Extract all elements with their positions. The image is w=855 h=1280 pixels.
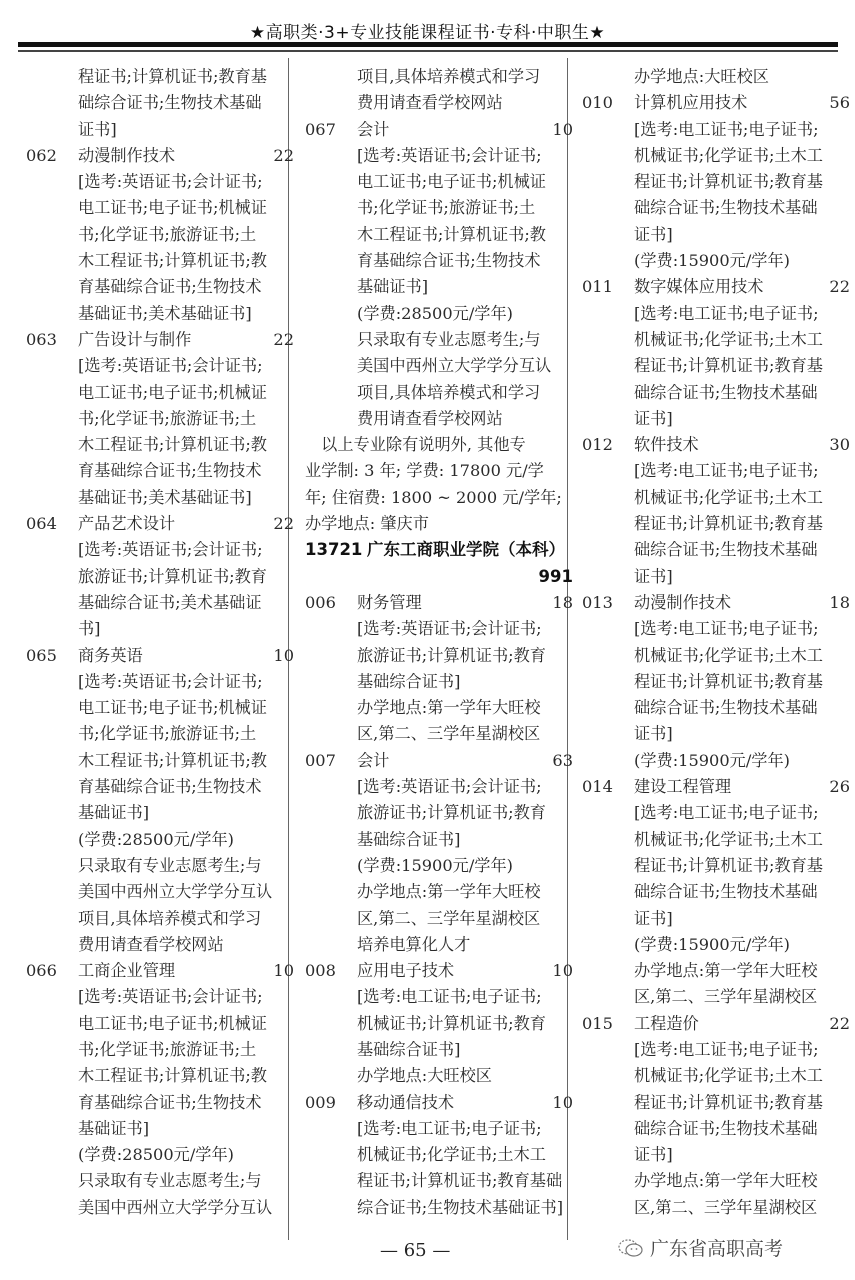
- major-quota: 22: [829, 1011, 852, 1037]
- continued-text: 办学地点:大旺校区: [582, 64, 852, 90]
- major-header: 013动漫制作技术18: [582, 590, 852, 616]
- major-header: 066工商企业管理10: [26, 958, 296, 984]
- wechat-icon: [618, 1238, 644, 1258]
- major-code: 062: [26, 143, 78, 169]
- note-line: 年; 住宿费: 1800 ~ 2000 元/学年;: [305, 485, 575, 511]
- major-detail-line: 区,第二、三学年星湖校区: [305, 906, 575, 932]
- major-name: 会计: [357, 748, 552, 774]
- major-code: 063: [26, 327, 78, 353]
- major-header: 010计算机应用技术56: [582, 90, 852, 116]
- major-detail-line: 育基础综合证书;生物技术: [26, 458, 296, 484]
- major-detail-line: 育基础综合证书;生物技术: [26, 1090, 296, 1116]
- continued-text: 项目,具体培养模式和学习费用请查看学校网站: [305, 64, 575, 117]
- major-header: 064产品艺术设计22: [26, 511, 296, 537]
- major-header: 007会计63: [305, 748, 575, 774]
- major-detail-line: 育基础综合证书;生物技术: [26, 274, 296, 300]
- major-detail-line: 旅游证书;计算机证书;教育: [305, 643, 575, 669]
- major-detail-line: 办学地点:第一学年大旺校: [582, 958, 852, 984]
- major-entry: 067会计10[选考:英语证书;会计证书;电工证书;电子证书;机械证书;化学证书…: [305, 117, 575, 433]
- major-detail-line: 基础综合证书;美术基础证: [26, 590, 296, 616]
- major-detail-line: 础综合证书;生物技术基础: [582, 380, 852, 406]
- major-detail-line: 木工程证书;计算机证书;教: [26, 432, 296, 458]
- major-quota: 22: [273, 327, 296, 353]
- major-name: 移动通信技术: [357, 1090, 552, 1116]
- major-entry: 062动漫制作技术22[选考:英语证书;会计证书;电工证书;电子证书;机械证书;…: [26, 143, 296, 327]
- major-detail-line: 费用请查看学校网站: [26, 932, 296, 958]
- major-detail-line: 机械证书;化学证书;土木工: [582, 143, 852, 169]
- major-detail-line: 费用请查看学校网站: [305, 406, 575, 432]
- major-detail-line: 程证书;计算机证书;教育基: [582, 511, 852, 537]
- major-detail-line: 书]: [26, 616, 296, 642]
- major-detail-line: (学费:28500元/学年): [26, 827, 296, 853]
- major-quota: 56: [829, 90, 852, 116]
- major-header: 014建设工程管理26: [582, 774, 852, 800]
- major-header: 065商务英语10: [26, 643, 296, 669]
- major-detail-line: 办学地点:大旺校区: [305, 1063, 575, 1089]
- major-code: 006: [305, 590, 357, 616]
- note-line: 以上专业除有说明外, 其他专: [305, 432, 575, 458]
- major-detail-line: [选考:英语证书;会计证书;: [26, 537, 296, 563]
- major-detail-line: 项目,具体培养模式和学习: [305, 380, 575, 406]
- major-detail-line: 机械证书;化学证书;土木工: [305, 1142, 575, 1168]
- major-detail-line: 基础证书]: [26, 800, 296, 826]
- major-detail-line: 机械证书;化学证书;土木工: [582, 643, 852, 669]
- major-entry: 010计算机应用技术56[选考:电工证书;电子证书;机械证书;化学证书;土木工程…: [582, 90, 852, 274]
- major-quota: 10: [273, 958, 296, 984]
- major-detail-line: 机械证书;计算机证书;教育: [305, 1011, 575, 1037]
- major-detail-line: 美国中西州立大学学分互认: [305, 353, 575, 379]
- major-detail-line: (学费:28500元/学年): [26, 1142, 296, 1168]
- major-detail-line: 电工证书;电子证书;机械证: [26, 380, 296, 406]
- major-header: 009移动通信技术10: [305, 1090, 575, 1116]
- major-detail-line: 区,第二、三学年星湖校区: [305, 721, 575, 747]
- major-detail-line: 程证书;计算机证书;教育基: [582, 853, 852, 879]
- major-detail-line: 书;化学证书;旅游证书;土: [305, 195, 575, 221]
- major-quota: 10: [552, 1090, 575, 1116]
- major-detail-line: 只录取有专业志愿考生;与: [26, 1168, 296, 1194]
- major-detail-line: 机械证书;化学证书;土木工: [582, 827, 852, 853]
- major-detail-line: 基础综合证书]: [305, 1037, 575, 1063]
- major-entry: 014建设工程管理26[选考:电工证书;电子证书;机械证书;化学证书;土木工程证…: [582, 774, 852, 1011]
- continued-line: 程证书;计算机证书;教育基: [26, 64, 296, 90]
- major-detail-line: 证书]: [582, 906, 852, 932]
- major-detail-line: (学费:15900元/学年): [305, 853, 575, 879]
- major-code: 013: [582, 590, 634, 616]
- continued-line: 础综合证书;生物技术基础: [26, 90, 296, 116]
- major-detail-line: 美国中西州立大学学分互认: [26, 879, 296, 905]
- major-detail-line: 程证书;计算机证书;教育基: [582, 353, 852, 379]
- major-detail-line: 机械证书;化学证书;土木工: [582, 327, 852, 353]
- continued-line: 费用请查看学校网站: [305, 90, 575, 116]
- college-code: 13721: [305, 537, 367, 563]
- major-detail-line: [选考:英语证书;会计证书;: [26, 353, 296, 379]
- major-detail-line: 木工程证书;计算机证书;教: [26, 1063, 296, 1089]
- major-code: 011: [582, 274, 634, 300]
- college-name: 广东工商职业学院（本科）: [367, 537, 565, 563]
- major-quota: 26: [829, 774, 852, 800]
- major-detail-line: 美国中西州立大学学分互认: [26, 1195, 296, 1221]
- major-quota: 10: [552, 117, 575, 143]
- column-1: 程证书;计算机证书;教育基础综合证书;生物技术基础证书]062动漫制作技术22[…: [26, 64, 296, 1221]
- column-3: 办学地点:大旺校区010计算机应用技术56[选考:电工证书;电子证书;机械证书;…: [582, 64, 852, 1221]
- header-thick-rule: [18, 42, 838, 47]
- major-detail-line: 办学地点:第一学年大旺校: [305, 879, 575, 905]
- major-detail-line: [选考:英语证书;会计证书;: [26, 169, 296, 195]
- major-name: 建设工程管理: [634, 774, 829, 800]
- major-entry: 063广告设计与制作22[选考:英语证书;会计证书;电工证书;电子证书;机械证书…: [26, 327, 296, 511]
- major-detail-line: (学费:15900元/学年): [582, 748, 852, 774]
- college-entry: 13721广东工商职业学院（本科）991: [305, 537, 575, 590]
- major-detail-line: 础综合证书;生物技术基础: [582, 1116, 852, 1142]
- major-header: 062动漫制作技术22: [26, 143, 296, 169]
- major-detail-line: 证书]: [582, 721, 852, 747]
- continued-line: 办学地点:大旺校区: [582, 64, 852, 90]
- major-detail-line: [选考:英语证书;会计证书;: [26, 984, 296, 1010]
- major-code: 010: [582, 90, 634, 116]
- college-total-quota: 991: [305, 564, 575, 590]
- major-quota: 18: [552, 590, 575, 616]
- major-detail-line: [选考:电工证书;电子证书;: [305, 984, 575, 1010]
- major-detail-line: 只录取有专业志愿考生;与: [26, 853, 296, 879]
- major-detail-line: 只录取有专业志愿考生;与: [305, 327, 575, 353]
- major-detail-line: 基础综合证书]: [305, 669, 575, 695]
- major-detail-line: [选考:电工证书;电子证书;: [305, 1116, 575, 1142]
- major-header: 063广告设计与制作22: [26, 327, 296, 353]
- major-detail-line: [选考:电工证书;电子证书;: [582, 301, 852, 327]
- major-detail-line: 电工证书;电子证书;机械证: [305, 169, 575, 195]
- major-detail-line: 程证书;计算机证书;教育基: [582, 169, 852, 195]
- major-detail-line: 证书]: [582, 1142, 852, 1168]
- major-code: 009: [305, 1090, 357, 1116]
- major-quota: 10: [273, 643, 296, 669]
- major-entry: 006财务管理18[选考:英语证书;会计证书;旅游证书;计算机证书;教育基础综合…: [305, 590, 575, 748]
- major-detail-line: 项目,具体培养模式和学习: [26, 906, 296, 932]
- major-name: 应用电子技术: [357, 958, 552, 984]
- major-entry: 064产品艺术设计22[选考:英语证书;会计证书;旅游证书;计算机证书;教育基础…: [26, 511, 296, 642]
- major-code: 067: [305, 117, 357, 143]
- major-detail-line: [选考:英语证书;会计证书;: [26, 669, 296, 695]
- major-detail-line: (学费:28500元/学年): [305, 301, 575, 327]
- header-thin-rule: [18, 50, 838, 52]
- major-detail-line: 书;化学证书;旅游证书;土: [26, 1037, 296, 1063]
- major-name: 动漫制作技术: [78, 143, 273, 169]
- continued-line: 项目,具体培养模式和学习: [305, 64, 575, 90]
- major-detail-line: [选考:英语证书;会计证书;: [305, 774, 575, 800]
- major-detail-line: 础综合证书;生物技术基础: [582, 695, 852, 721]
- major-detail-line: 程证书;计算机证书;教育基础: [305, 1168, 575, 1194]
- major-code: 015: [582, 1011, 634, 1037]
- major-code: 066: [26, 958, 78, 984]
- major-detail-line: 旅游证书;计算机证书;教育: [26, 564, 296, 590]
- major-code: 007: [305, 748, 357, 774]
- major-code: 064: [26, 511, 78, 537]
- page-header-title: ★高职类·3+专业技能课程证书·专科·中职生★: [0, 18, 855, 43]
- major-detail-line: 证书]: [582, 222, 852, 248]
- major-detail-line: 程证书;计算机证书;教育基: [582, 1090, 852, 1116]
- major-code: 012: [582, 432, 634, 458]
- note-line: 办学地点: 肇庆市: [305, 511, 575, 537]
- major-detail-line: 机械证书;化学证书;土木工: [582, 1063, 852, 1089]
- major-detail-line: 旅游证书;计算机证书;教育: [305, 800, 575, 826]
- major-detail-line: 书;化学证书;旅游证书;土: [26, 222, 296, 248]
- major-detail-line: 区,第二、三学年星湖校区: [582, 984, 852, 1010]
- major-name: 动漫制作技术: [634, 590, 829, 616]
- major-quota: 22: [829, 274, 852, 300]
- major-header: 015工程造价22: [582, 1011, 852, 1037]
- major-detail-line: 区,第二、三学年星湖校区: [582, 1195, 852, 1221]
- major-detail-line: 基础证书;美术基础证书]: [26, 485, 296, 511]
- major-detail-line: 木工程证书;计算机证书;教: [305, 222, 575, 248]
- major-code: 008: [305, 958, 357, 984]
- major-entry: 066工商企业管理10[选考:英语证书;会计证书;电工证书;电子证书;机械证书;…: [26, 958, 296, 1221]
- watermark: 广东省高职高考: [618, 1234, 783, 1261]
- major-detail-line: 础综合证书;生物技术基础: [582, 879, 852, 905]
- major-detail-line: 基础证书;美术基础证书]: [26, 301, 296, 327]
- major-detail-line: 机械证书;化学证书;土木工: [582, 485, 852, 511]
- major-quota: 22: [273, 511, 296, 537]
- major-detail-line: (学费:15900元/学年): [582, 932, 852, 958]
- major-entry: 011数字媒体应用技术22[选考:电工证书;电子证书;机械证书;化学证书;土木工…: [582, 274, 852, 432]
- major-name: 工商企业管理: [78, 958, 273, 984]
- major-detail-line: [选考:电工证书;电子证书;: [582, 616, 852, 642]
- page-number: — 65 —: [380, 1240, 450, 1261]
- major-detail-line: [选考:电工证书;电子证书;: [582, 1037, 852, 1063]
- major-detail-line: 基础证书]: [305, 274, 575, 300]
- major-detail-line: 证书]: [582, 406, 852, 432]
- major-header: 011数字媒体应用技术22: [582, 274, 852, 300]
- major-detail-line: 书;化学证书;旅游证书;土: [26, 721, 296, 747]
- major-detail-line: 木工程证书;计算机证书;教: [26, 748, 296, 774]
- major-detail-line: 电工证书;电子证书;机械证: [26, 1011, 296, 1037]
- major-detail-line: 证书]: [582, 564, 852, 590]
- major-name: 软件技术: [634, 432, 829, 458]
- major-detail-line: 育基础综合证书;生物技术: [305, 248, 575, 274]
- major-entry: 007会计63[选考:英语证书;会计证书;旅游证书;计算机证书;教育基础综合证书…: [305, 748, 575, 958]
- major-detail-line: [选考:电工证书;电子证书;: [582, 458, 852, 484]
- major-entry: 012软件技术30[选考:电工证书;电子证书;机械证书;化学证书;土木工程证书;…: [582, 432, 852, 590]
- major-detail-line: 办学地点:第一学年大旺校: [305, 695, 575, 721]
- major-name: 数字媒体应用技术: [634, 274, 829, 300]
- major-header: 006财务管理18: [305, 590, 575, 616]
- major-quota: 18: [829, 590, 852, 616]
- continued-text: 程证书;计算机证书;教育基础综合证书;生物技术基础证书]: [26, 64, 296, 143]
- major-detail-line: 办学地点:第一学年大旺校: [582, 1168, 852, 1194]
- continued-line: 证书]: [26, 117, 296, 143]
- major-quota: 10: [552, 958, 575, 984]
- college-header: 13721广东工商职业学院（本科）: [305, 537, 575, 563]
- major-entry: 008应用电子技术10[选考:电工证书;电子证书;机械证书;计算机证书;教育基础…: [305, 958, 575, 1089]
- major-quota: 30: [829, 432, 852, 458]
- major-entry: 009移动通信技术10[选考:电工证书;电子证书;机械证书;化学证书;土木工程证…: [305, 1090, 575, 1221]
- major-detail-line: [选考:英语证书;会计证书;: [305, 143, 575, 169]
- major-detail-line: 木工程证书;计算机证书;教: [26, 248, 296, 274]
- major-quota: 22: [273, 143, 296, 169]
- major-header: 067会计10: [305, 117, 575, 143]
- major-detail-line: [选考:电工证书;电子证书;: [582, 800, 852, 826]
- major-detail-line: 程证书;计算机证书;教育基: [582, 669, 852, 695]
- major-code: 065: [26, 643, 78, 669]
- major-detail-line: (学费:15900元/学年): [582, 248, 852, 274]
- major-name: 工程造价: [634, 1011, 829, 1037]
- major-detail-line: 育基础综合证书;生物技术: [26, 774, 296, 800]
- major-entry: 015工程造价22[选考:电工证书;电子证书;机械证书;化学证书;土木工程证书;…: [582, 1011, 852, 1221]
- major-detail-line: 基础综合证书]: [305, 827, 575, 853]
- major-name: 广告设计与制作: [78, 327, 273, 353]
- major-name: 商务英语: [78, 643, 273, 669]
- column-2: 项目,具体培养模式和学习费用请查看学校网站067会计10[选考:英语证书;会计证…: [305, 64, 575, 1221]
- major-detail-line: 书;化学证书;旅游证书;土: [26, 406, 296, 432]
- major-code: 014: [582, 774, 634, 800]
- major-name: 计算机应用技术: [634, 90, 829, 116]
- watermark-text: 广东省高职高考: [650, 1234, 783, 1261]
- major-detail-line: 电工证书;电子证书;机械证: [26, 695, 296, 721]
- major-name: 财务管理: [357, 590, 552, 616]
- note-line: 业学制: 3 年; 学费: 17800 元/学: [305, 458, 575, 484]
- major-detail-line: 培养电算化人才: [305, 932, 575, 958]
- major-header: 012软件技术30: [582, 432, 852, 458]
- major-detail-line: 综合证书;生物技术基础证书]: [305, 1195, 575, 1221]
- major-detail-line: 础综合证书;生物技术基础: [582, 195, 852, 221]
- major-detail-line: 基础证书]: [26, 1116, 296, 1142]
- major-quota: 63: [552, 748, 575, 774]
- major-detail-line: [选考:英语证书;会计证书;: [305, 616, 575, 642]
- major-name: 会计: [357, 117, 552, 143]
- major-header: 008应用电子技术10: [305, 958, 575, 984]
- major-entry: 013动漫制作技术18[选考:电工证书;电子证书;机械证书;化学证书;土木工程证…: [582, 590, 852, 774]
- major-name: 产品艺术设计: [78, 511, 273, 537]
- major-entry: 065商务英语10[选考:英语证书;会计证书;电工证书;电子证书;机械证书;化学…: [26, 643, 296, 959]
- major-detail-line: [选考:电工证书;电子证书;: [582, 117, 852, 143]
- major-detail-line: 电工证书;电子证书;机械证: [26, 195, 296, 221]
- major-detail-line: 础综合证书;生物技术基础: [582, 537, 852, 563]
- note-paragraph: 以上专业除有说明外, 其他专业学制: 3 年; 学费: 17800 元/学年; …: [305, 432, 575, 537]
